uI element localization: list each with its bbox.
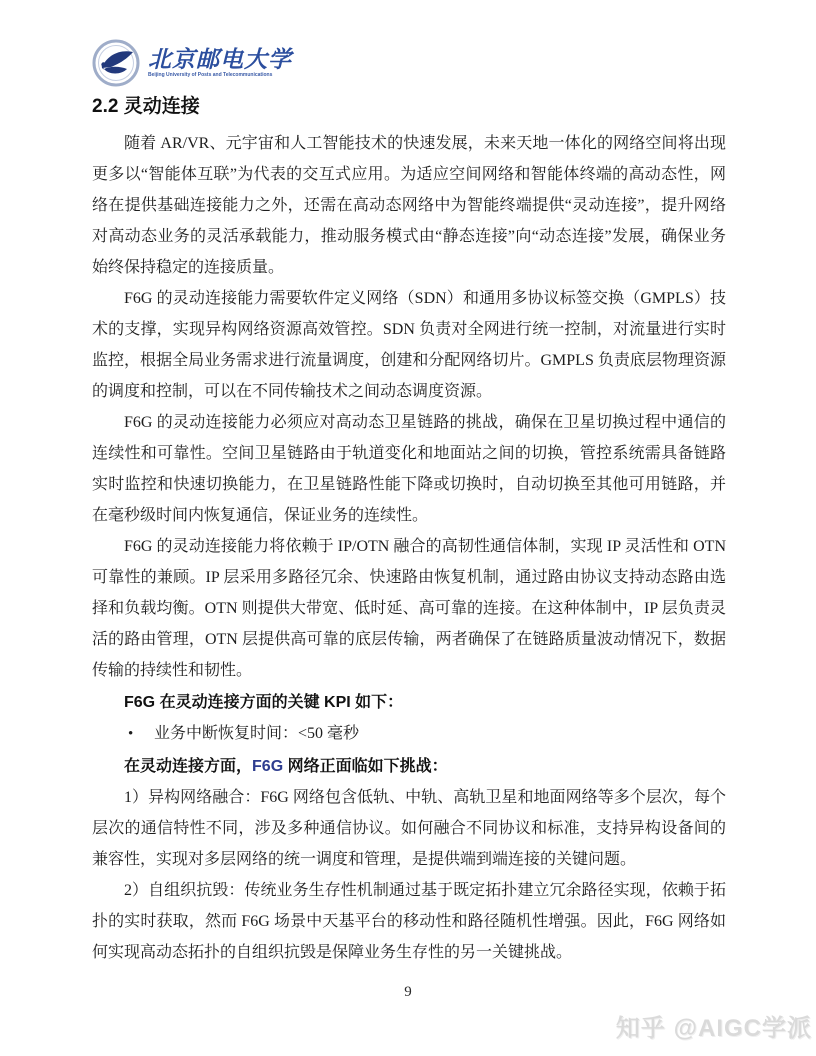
watermark: 知乎 @AIGC学派	[616, 1008, 812, 1043]
section-heading: 2.2 灵动连接	[92, 94, 726, 120]
bullet-dot-icon: •	[128, 719, 154, 750]
university-emblem-icon	[92, 39, 140, 87]
body-paragraph-1: 随着 AR/VR、元宇宙和人工智能技术的快速发展，未来天地一体化的网络空间将出现…	[92, 128, 726, 283]
university-name-en: Beijing University of Posts and Telecomm…	[148, 72, 292, 79]
body-paragraph-2: F6G 的灵动连接能力需要软件定义网络（SDN）和通用多协议标签交换（GMPLS…	[92, 283, 726, 407]
challenge-item-2: 2）自组织抗毁：传统业务生存性机制通过基于既定拓扑建立冗余路径实现，依赖于拓扑的…	[92, 875, 726, 968]
kpi-item-text: 业务中断恢复时间：<50 毫秒	[154, 718, 359, 749]
challenge-item-1: 1）异构网络融合：F6G 网络包含低轨、中轨、高轨卫星和地面网络等多个层次，每个…	[92, 782, 726, 875]
page-number: 9	[0, 984, 816, 1001]
university-logo: 北京邮电大学 Beijing University of Posts and T…	[92, 38, 726, 88]
challenges-heading: 在灵动连接方面，F6G 网络正面临如下挑战：	[92, 751, 726, 782]
challenges-heading-highlight: F6G	[252, 758, 283, 775]
university-logo-text: 北京邮电大学 Beijing University of Posts and T…	[148, 47, 292, 79]
document-page: 北京邮电大学 Beijing University of Posts and T…	[0, 0, 816, 1056]
kpi-list-item: • 业务中断恢复时间：<50 毫秒	[92, 718, 726, 750]
body-paragraph-3: F6G 的灵动连接能力必须应对高动态卫星链路的挑战，确保在卫星切换过程中通信的连…	[92, 407, 726, 531]
challenges-heading-suffix: 网络正面临如下挑战：	[283, 758, 447, 775]
kpi-heading: F6G 在灵动连接方面的关键 KPI 如下：	[92, 687, 726, 718]
challenges-heading-prefix: 在灵动连接方面，	[124, 758, 252, 775]
university-name-cn: 北京邮电大学	[148, 47, 292, 72]
body-paragraph-4: F6G 的灵动连接能力将依赖于 IP/OTN 融合的高韧性通信体制，实现 IP …	[92, 531, 726, 686]
page-content: 北京邮电大学 Beijing University of Posts and T…	[92, 38, 726, 968]
